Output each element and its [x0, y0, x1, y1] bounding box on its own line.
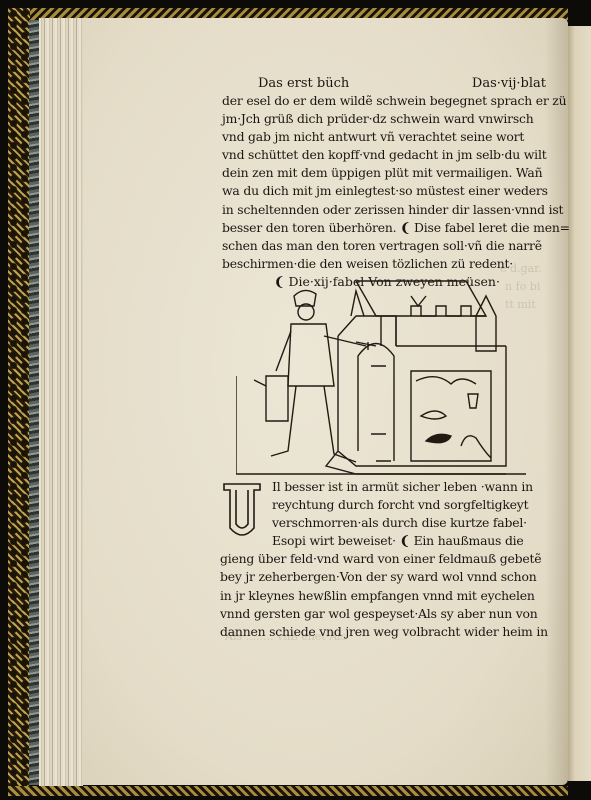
text-segment: besser den toren überhören. — [222, 220, 396, 235]
castle-house-icon — [326, 281, 506, 474]
lower-text-block: Il besser ist in armüt sicher leben ·wan… — [220, 478, 555, 641]
gilt-border-left — [8, 8, 30, 796]
text-line: verschmorren·als durch dise kurtze fabel… — [220, 514, 555, 532]
folio-number: Das·vij·blat — [472, 76, 546, 92]
page-stack-edges — [39, 18, 83, 786]
text-line: reychtung durch forcht vnd sorgfeltigkey… — [220, 496, 555, 514]
decorated-initial-v-icon — [220, 480, 264, 542]
running-head-left: Das erst büch — [258, 76, 349, 92]
text-segment: Esopi wirt beweiset· — [272, 533, 396, 548]
text-line: vnd gab jm nicht antwurt vñ verachtet se… — [222, 128, 552, 146]
text-line: gieng über feld·vnd ward von einer feldm… — [220, 550, 555, 568]
initial-paragraph: Il besser ist in armüt sicher leben ·wan… — [220, 478, 555, 550]
text-line: Il besser ist in armüt sicher leben ·wan… — [220, 478, 555, 496]
next-leaf-edge — [568, 26, 591, 781]
text-segment: Ein haußmaus die — [414, 533, 524, 548]
woodcut-illustration — [236, 276, 526, 476]
marbled-endpaper — [29, 20, 39, 785]
text-line: bey jr zeherbergen·Von der sy ward wol v… — [220, 568, 555, 586]
gilt-border-bottom — [8, 786, 568, 796]
text-line: dein zen mit dem üppigen plüt mit vermai… — [222, 164, 552, 182]
text-line: wa du dich mit jm einlegtest·so müstest … — [222, 182, 552, 200]
text-line: besser den toren überhören. ❨ Dise fabel… — [222, 219, 552, 237]
paragraph-mark-icon: ❨ — [400, 220, 410, 235]
text-line: jm·Jch grüß dich prüder·dz schwein ward … — [222, 110, 552, 128]
text-line: beschirmen·die den weisen tözlichen zü r… — [222, 255, 552, 273]
text-line: vnd schüttet den kopff·vnd gedacht in jm… — [222, 146, 552, 164]
paragraph-mark-icon: ❨ — [400, 533, 410, 548]
text-line: dannen schiede vnd jren weg volbracht wi… — [220, 623, 555, 641]
moral-text: Dise fabel leret die men= — [414, 220, 570, 235]
text-line: in scheltennden oder zerissen hinder dir… — [222, 201, 552, 219]
text-line: schen das man den toren vertragen soll·v… — [222, 237, 552, 255]
text-line: vnnd gersten gar wol gespeyset·Als sy ab… — [220, 605, 555, 623]
text-line: der esel do er dem wildẽ schwein begegne… — [222, 92, 552, 110]
text-line: Esopi wirt beweiset· ❨ Ein haußmaus die — [220, 532, 555, 550]
running-head: Das erst büch Das·vij·blat — [222, 76, 552, 92]
jug-icon — [266, 376, 288, 421]
text-line: in jr kleynes hewßlin empfangen vnnd mit… — [220, 587, 555, 605]
upper-text-block: Das erst büch Das·vij·blat der esel do e… — [222, 76, 552, 291]
